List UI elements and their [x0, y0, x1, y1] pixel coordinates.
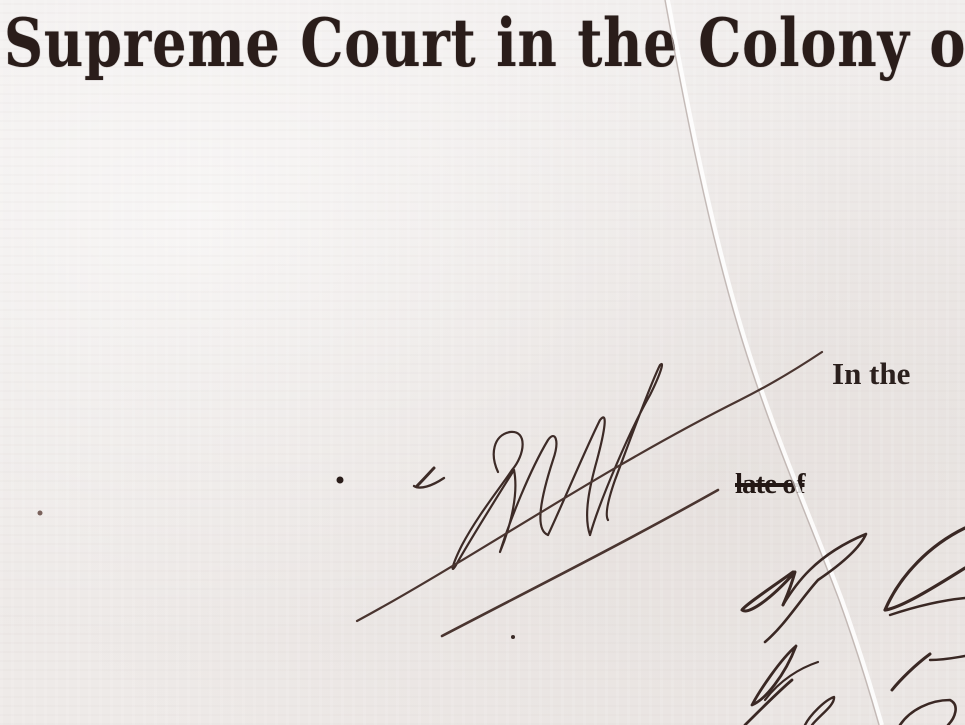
handwriting-line-of	[742, 528, 965, 642]
handwriting-line-victoria	[745, 646, 965, 725]
court-header-title: Supreme Court in the Colony of Victo	[4, 4, 965, 82]
ink-dot	[337, 477, 344, 484]
paper-texture	[0, 0, 965, 725]
ink-dot	[511, 635, 515, 639]
handwriting-and-marks	[0, 0, 965, 725]
document-page: Supreme Court in the Colony of Victo In …	[0, 0, 965, 725]
ink-dot	[38, 511, 43, 516]
printed-label-in-the: In the	[832, 356, 910, 392]
printed-label-late-of-struck: late of	[735, 468, 805, 501]
signature-flourish	[414, 364, 662, 569]
